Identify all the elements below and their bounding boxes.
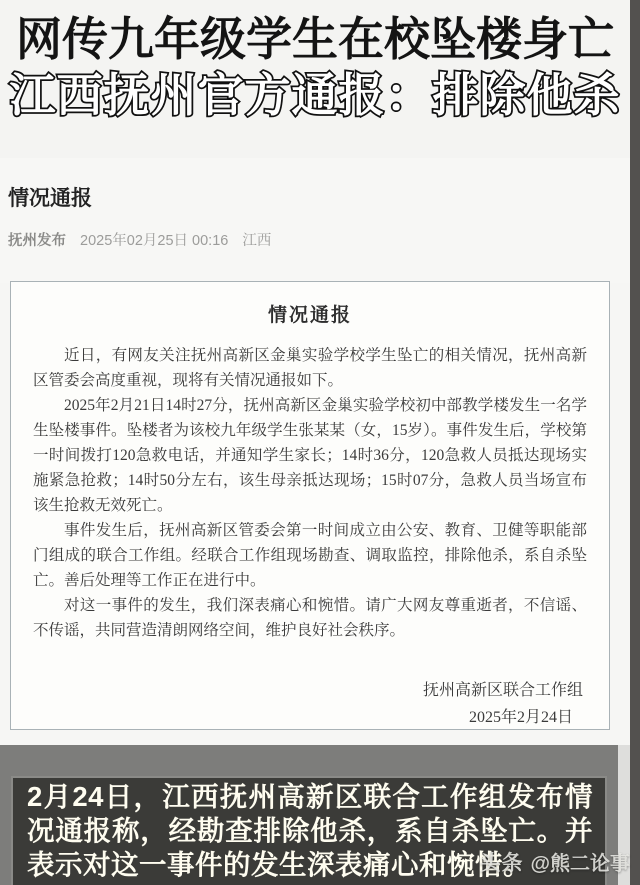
headline-line1: 网传九年级学生在校坠楼身亡 bbox=[0, 14, 630, 65]
headline-section: 网传九年级学生在校坠楼身亡 江西抚州官方通报：排除他杀 bbox=[0, 0, 630, 158]
notice-paragraph-4: 对这一事件的发生，我们深表痛心和惋惜。请广大网友尊重逝者，不信谣、不传谣，共同营… bbox=[33, 593, 587, 643]
watermark: 头条 @熊二论事 bbox=[479, 847, 630, 877]
notice-paragraph-3: 事件发生后，抚州高新区管委会第一时间成立由公安、教育、卫健等职能部门组成的联合工… bbox=[33, 518, 587, 593]
article-page-title: 情况通报 bbox=[8, 182, 630, 212]
byline-location: 江西 bbox=[242, 229, 271, 250]
news-image: 网传九年级学生在校坠楼身亡 江西抚州官方通报：排除他杀 情况通报 抚州发布 20… bbox=[0, 0, 640, 885]
watermark-handle: @熊二论事 bbox=[530, 847, 630, 876]
notice-document-card: 情况通报 近日，有网友关注抚州高新区金巢实验学校学生坠亡的相关情况，抚州高新区管… bbox=[10, 281, 610, 730]
byline-source: 抚州发布 bbox=[8, 229, 66, 250]
article-header: 情况通报 抚州发布 2025年02月25日 00:16 江西 bbox=[0, 158, 630, 283]
byline: 抚州发布 2025年02月25日 00:16 江西 bbox=[8, 229, 630, 250]
notice-signature: 抚州高新区联合工作组 bbox=[33, 677, 587, 704]
watermark-brand-toutiao: 头条 bbox=[479, 847, 523, 877]
notice-paragraph-2: 2025年2月21日14时27分，抚州高新区金巢实验学校初中部教学楼发生一名学生… bbox=[33, 393, 587, 518]
headline-line2: 江西抚州官方通报：排除他杀 bbox=[0, 69, 630, 122]
right-edge-strip bbox=[630, 0, 640, 885]
byline-datetime: 2025年02月25日 00:16 bbox=[80, 229, 228, 250]
notice-paragraph-1: 近日，有网友关注抚州高新区金巢实验学校学生坠亡的相关情况，抚州高新区管委会高度重… bbox=[33, 343, 587, 393]
notice-title: 情况通报 bbox=[33, 300, 587, 327]
notice-date: 2025年2月24日 bbox=[33, 704, 587, 731]
